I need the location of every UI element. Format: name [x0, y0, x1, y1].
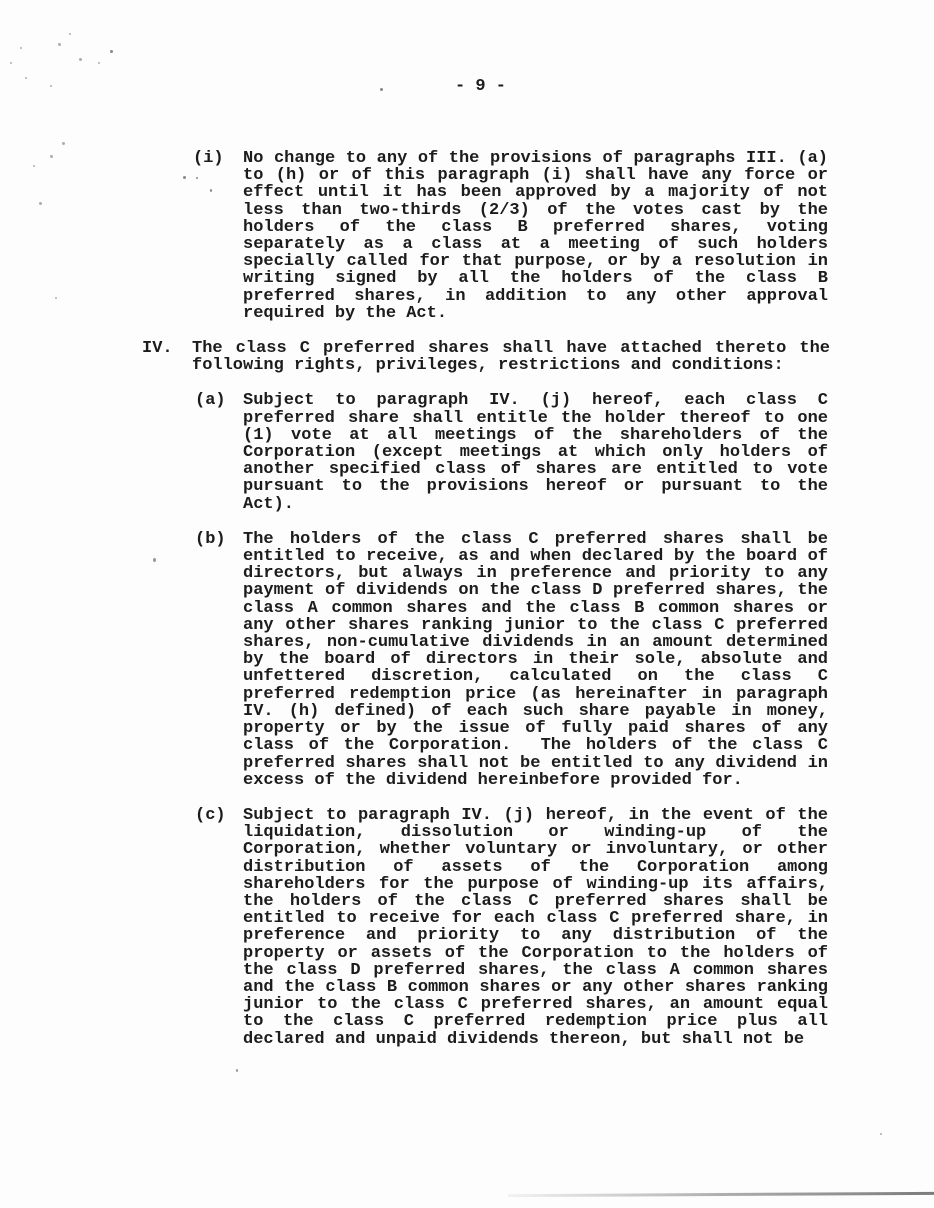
- scan-speck: [39, 202, 42, 205]
- scan-speck: [880, 1133, 882, 1135]
- clause-a-text: Subject to paragraph IV. (j) hereof, eac…: [243, 392, 828, 512]
- scan-speck: [210, 189, 212, 192]
- clause-c-text: Subject to paragraph IV. (j) hereof, in …: [243, 807, 828, 1048]
- clause-b-text: The holders of the class C preferred sha…: [243, 531, 828, 789]
- scan-speck: [25, 77, 27, 79]
- scan-speck: [33, 165, 35, 167]
- clause-i-label: (i): [193, 150, 243, 322]
- clause-i-text: No change to any of the provisions of pa…: [243, 150, 828, 322]
- scan-speck: [55, 297, 57, 299]
- clause-i: (i) No change to any of the provisions o…: [193, 150, 934, 322]
- section-iv: IV. The class C preferred shares shall h…: [142, 340, 934, 374]
- scan-speck: [380, 88, 383, 91]
- scan-speck: [79, 58, 82, 61]
- scan-speck: [196, 177, 198, 179]
- section-iv-label: IV.: [142, 340, 192, 374]
- scan-speck: [62, 142, 65, 145]
- section-iv-text: The class C preferred shares shall have …: [192, 340, 830, 374]
- scan-speck: [50, 155, 53, 158]
- scan-speck: [58, 43, 61, 46]
- clause-c: (c) Subject to paragraph IV. (j) hereof,…: [195, 807, 934, 1048]
- clause-a: (a) Subject to paragraph IV. (j) hereof,…: [195, 392, 934, 512]
- scan-speck: [183, 176, 186, 179]
- document-content: (i) No change to any of the provisions o…: [0, 150, 934, 1066]
- scan-speck: [236, 1069, 238, 1072]
- scan-speck: [110, 50, 113, 53]
- scan-speck: [50, 85, 52, 87]
- document-page: - 9 - (i) No change to any of the provis…: [0, 0, 934, 1208]
- scan-speck: [98, 62, 100, 64]
- scan-speck: [69, 33, 71, 35]
- page-number: - 9 -: [455, 78, 506, 95]
- clause-b: (b) The holders of the class C preferred…: [195, 531, 934, 789]
- scan-speck: [10, 62, 12, 64]
- clause-a-label: (a): [195, 392, 243, 512]
- scan-speck: [153, 558, 156, 562]
- clause-c-label: (c): [195, 807, 243, 1048]
- scan-line-artifact: [508, 1192, 934, 1197]
- scan-speck: [20, 47, 22, 49]
- clause-b-label: (b): [195, 531, 243, 789]
